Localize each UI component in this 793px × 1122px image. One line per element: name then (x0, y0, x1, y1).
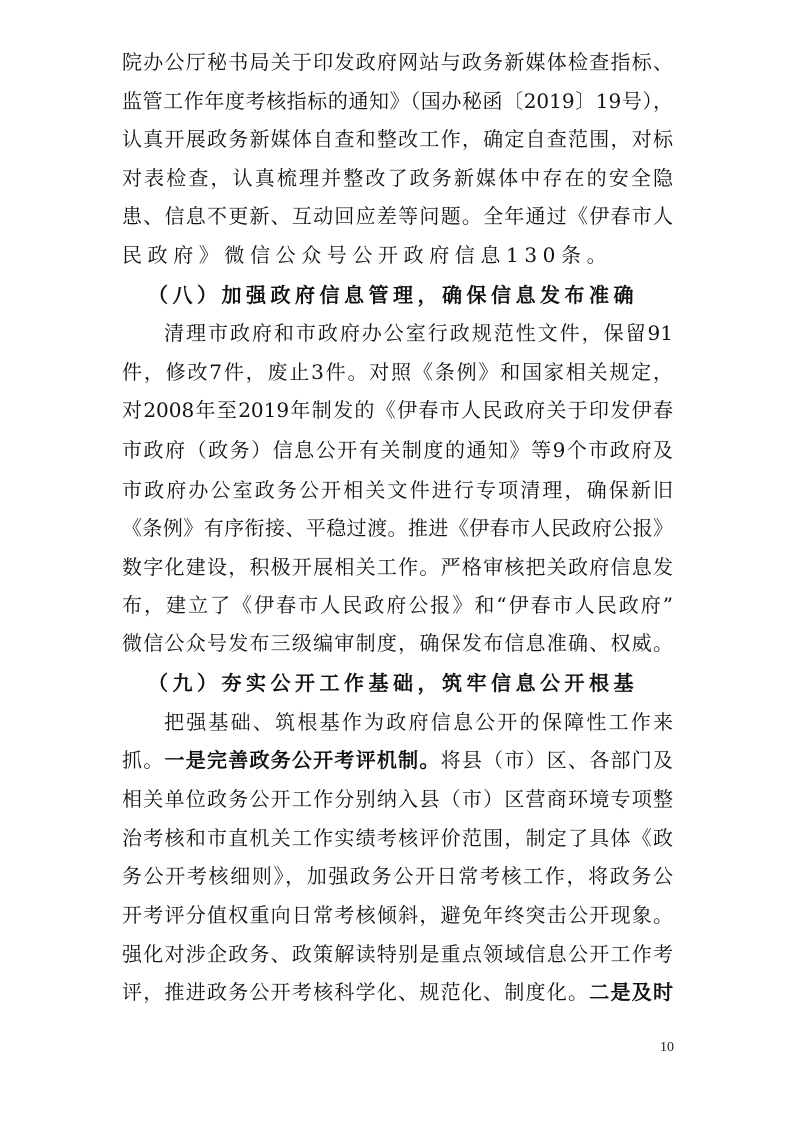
page-number: 10 (660, 1040, 674, 1056)
body-text-line: 清理市政府和市政府办公室行政规范性文件，保留91 (164, 318, 673, 348)
body-text-line: 强化对涉企政务、政策解读特别是重点领域信息公开工作考 (122, 939, 673, 969)
body-text-line: 《条例》有序衔接、平稳过渡。推进《伊春市人民政府公报》 (122, 513, 673, 543)
body-text-line: 把强基础、筑根基作为政府信息公开的保障性工作来 (164, 707, 673, 737)
body-text-line: 数字化建设，积极开展相关工作。严格审核把关政府信息发 (122, 552, 673, 582)
body-text-line: 治考核和市直机关工作实绩考核评价范围，制定了具体《政 (122, 823, 673, 853)
section-heading-9: （九）夯实公开工作基础，筑牢信息公开根基 (148, 668, 638, 698)
body-text-line: 患、信息不更新、互动回应差等问题。全年通过《伊春市人 (122, 201, 673, 231)
body-text-line: 微信公众号发布三级编审制度，确保发布信息准确、权威。 (122, 628, 673, 658)
body-text-line-mixed: 抓。一是完善政务公开考评机制。将县（市）区、各部门及 (122, 745, 673, 775)
body-text-segment: 评，推进政务公开考核科学化、规范化、制度化。 (122, 980, 589, 1004)
body-text-line: 认真开展政务新媒体自查和整改工作，确定自查范围，对标 (122, 124, 673, 154)
bold-lead-phrase: 一是完善政务公开考评机制。 (164, 748, 440, 772)
body-text-line: 市政府（政务）信息公开有关制度的通知》等9个市政府及 (122, 435, 673, 465)
body-text-line: 件，修改7件，废止3件。对照《条例》和国家相关规定， (122, 357, 673, 387)
bold-lead-phrase: 二是及时 (589, 980, 673, 1004)
body-text-line: 市政府办公室政务公开相关文件进行专项清理，确保新旧 (122, 475, 673, 505)
section-heading-8: （八）加强政府信息管理，确保信息发布准确 (148, 280, 638, 310)
body-text-segment: 将县（市）区、各部门及 (441, 748, 673, 772)
body-text-line-mixed: 评，推进政务公开考核科学化、规范化、制度化。二是及时 (122, 977, 673, 1007)
body-text-line: 对2008年至2019年制发的《伊春市人民政府关于印发伊春 (122, 395, 673, 425)
body-text-line: 务公开考核细则》，加强政务公开日常考核工作，将政务公 (122, 861, 673, 891)
body-text-line: 开考评分值权重向日常考核倾斜，避免年终突击公开现象。 (122, 900, 673, 930)
document-page: 院办公厅秘书局关于印发政府网站与政务新媒体检查指标、 监管工作年度考核指标的通知… (0, 0, 793, 1122)
body-text-line: 布，建立了《伊春市人民政府公报》和“伊春市人民政府” (122, 590, 673, 620)
body-text-line: 相关单位政务公开工作分别纳入县（市）区营商环境专项整 (122, 784, 673, 814)
body-text-line: 对表检查，认真梳理并整改了政务新媒体中存在的安全隐 (122, 163, 673, 193)
body-text-line: 监管工作年度考核指标的通知》（国办秘函〔2019〕19号）， (122, 86, 673, 116)
body-text-line: 院办公厅秘书局关于印发政府网站与政务新媒体检查指标、 (122, 47, 673, 77)
body-text-segment: 抓。 (122, 748, 164, 772)
body-text-line: 民政府》微信公众号公开政府信息130条。 (122, 240, 673, 270)
